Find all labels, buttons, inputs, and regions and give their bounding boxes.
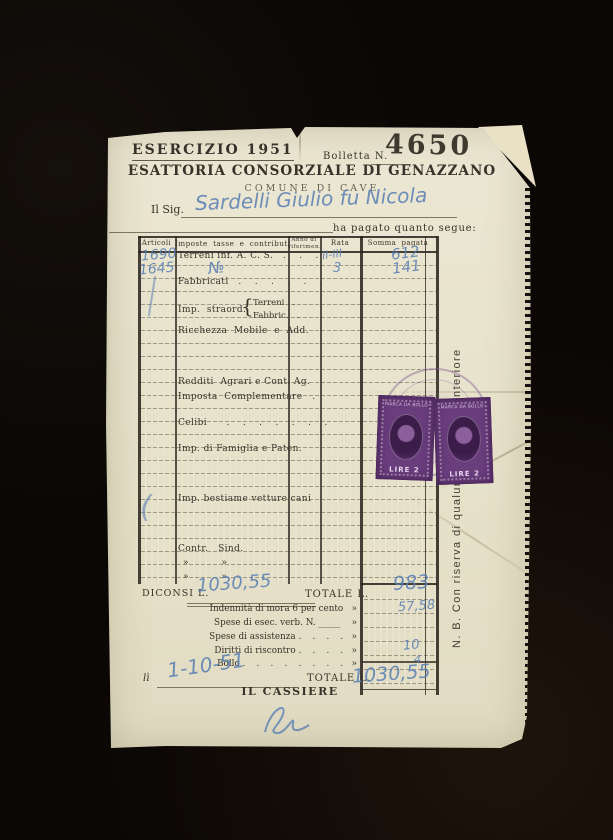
imposte-ink-note: № <box>207 257 226 278</box>
table-border-left <box>138 236 141 584</box>
row-celibi: Celibi . . . . . . . <box>178 419 328 429</box>
col-line <box>360 236 363 695</box>
row-complementare: Imposta Complementare . <box>178 393 316 403</box>
scanned-receipt-photo: ESERCIZIO 1951 Bolletta N. 4650 ESATTORI… <box>0 0 613 840</box>
row-bestiame: Imp. bestiame vetture cani <box>178 495 311 505</box>
col-line <box>175 236 177 584</box>
spese-esec-label: Spese di esec. verb. N. _____ » <box>181 619 357 629</box>
row-fabbricati: Fabbricati . . . . . . <box>178 278 323 288</box>
col-header-anno-2: riferimen. <box>288 244 320 250</box>
esercizio-year: ESERCIZIO 1951 <box>132 143 294 161</box>
perforated-edge <box>525 188 531 740</box>
rata-entry-1: II-III <box>321 247 343 263</box>
assistenza-label: Spese di assistenza . . . . » <box>181 633 357 643</box>
page-title: ESATTORIA CONSORZIALE DI GENAZZANO <box>105 164 519 179</box>
totals-box-bottom <box>361 689 437 690</box>
totale-value-handwritten: 983 <box>392 571 429 595</box>
bolletta-label: Bolletta N. <box>323 151 388 162</box>
fold-crease <box>299 124 301 162</box>
name-ruled-line <box>181 217 457 218</box>
articolo-entry-2: 1645 <box>138 259 175 278</box>
date-li-label: lì <box>143 673 149 684</box>
col-line <box>320 236 322 584</box>
ink-parenthesis: ( <box>140 490 152 525</box>
row-famiglia: Imp. di Famiglia e Paten. <box>178 445 302 455</box>
row-imp-straord: Imp. straord. <box>178 306 246 316</box>
ruled-line <box>109 232 333 233</box>
row-contr-sind: Contr. Sind. <box>178 545 244 555</box>
row-redditi: Redditi Agrari e Cont. Ag. <box>178 378 310 388</box>
row-straord-terreni: Terreni . <box>253 299 295 308</box>
totale-label: TOTALE L. <box>305 589 369 600</box>
mora-value-handwritten: 57,58 <box>398 598 436 616</box>
row-ditto: » » <box>183 559 227 569</box>
riscontro-value-handwritten: 10 <box>402 637 420 653</box>
diconsi-value-handwritten: 1030,55 <box>196 570 272 596</box>
mora-label: Indennità di mora 6 per cento » <box>181 605 357 615</box>
col-header-anno-1: Anno di <box>288 237 320 243</box>
sig-label: Il Sig. <box>151 204 184 216</box>
cassiere-label: IL CASSIERE <box>223 686 357 698</box>
revenue-stamp: MARCA DA BOLLO LIRE 2 <box>376 395 436 481</box>
row-terreni: Terreni inf. A. C. S. . . . <box>178 252 319 262</box>
row-ricchezza: Ricchezza Mobile e Add. <box>178 327 309 337</box>
brace-glyph: { <box>241 295 254 317</box>
bolletta-number-stamp: 4650 <box>385 129 473 162</box>
revenue-stamp: MARCA DA BOLLO LIRE 2 <box>434 397 494 485</box>
date-handwritten: 1-10-51 <box>166 648 247 683</box>
somma-entry-2: 141 <box>391 256 422 277</box>
rata-entry-2: 3 <box>333 261 341 276</box>
receipt-paper: ESERCIZIO 1951 Bolletta N. 4650 ESATTORI… <box>105 124 532 752</box>
row-straord-fabbric: Fabbric. . <box>253 312 299 321</box>
col-line <box>288 236 290 584</box>
col-header-imposte: Imposte tasse e contributi <box>175 240 288 248</box>
signature-scribble <box>255 700 325 742</box>
